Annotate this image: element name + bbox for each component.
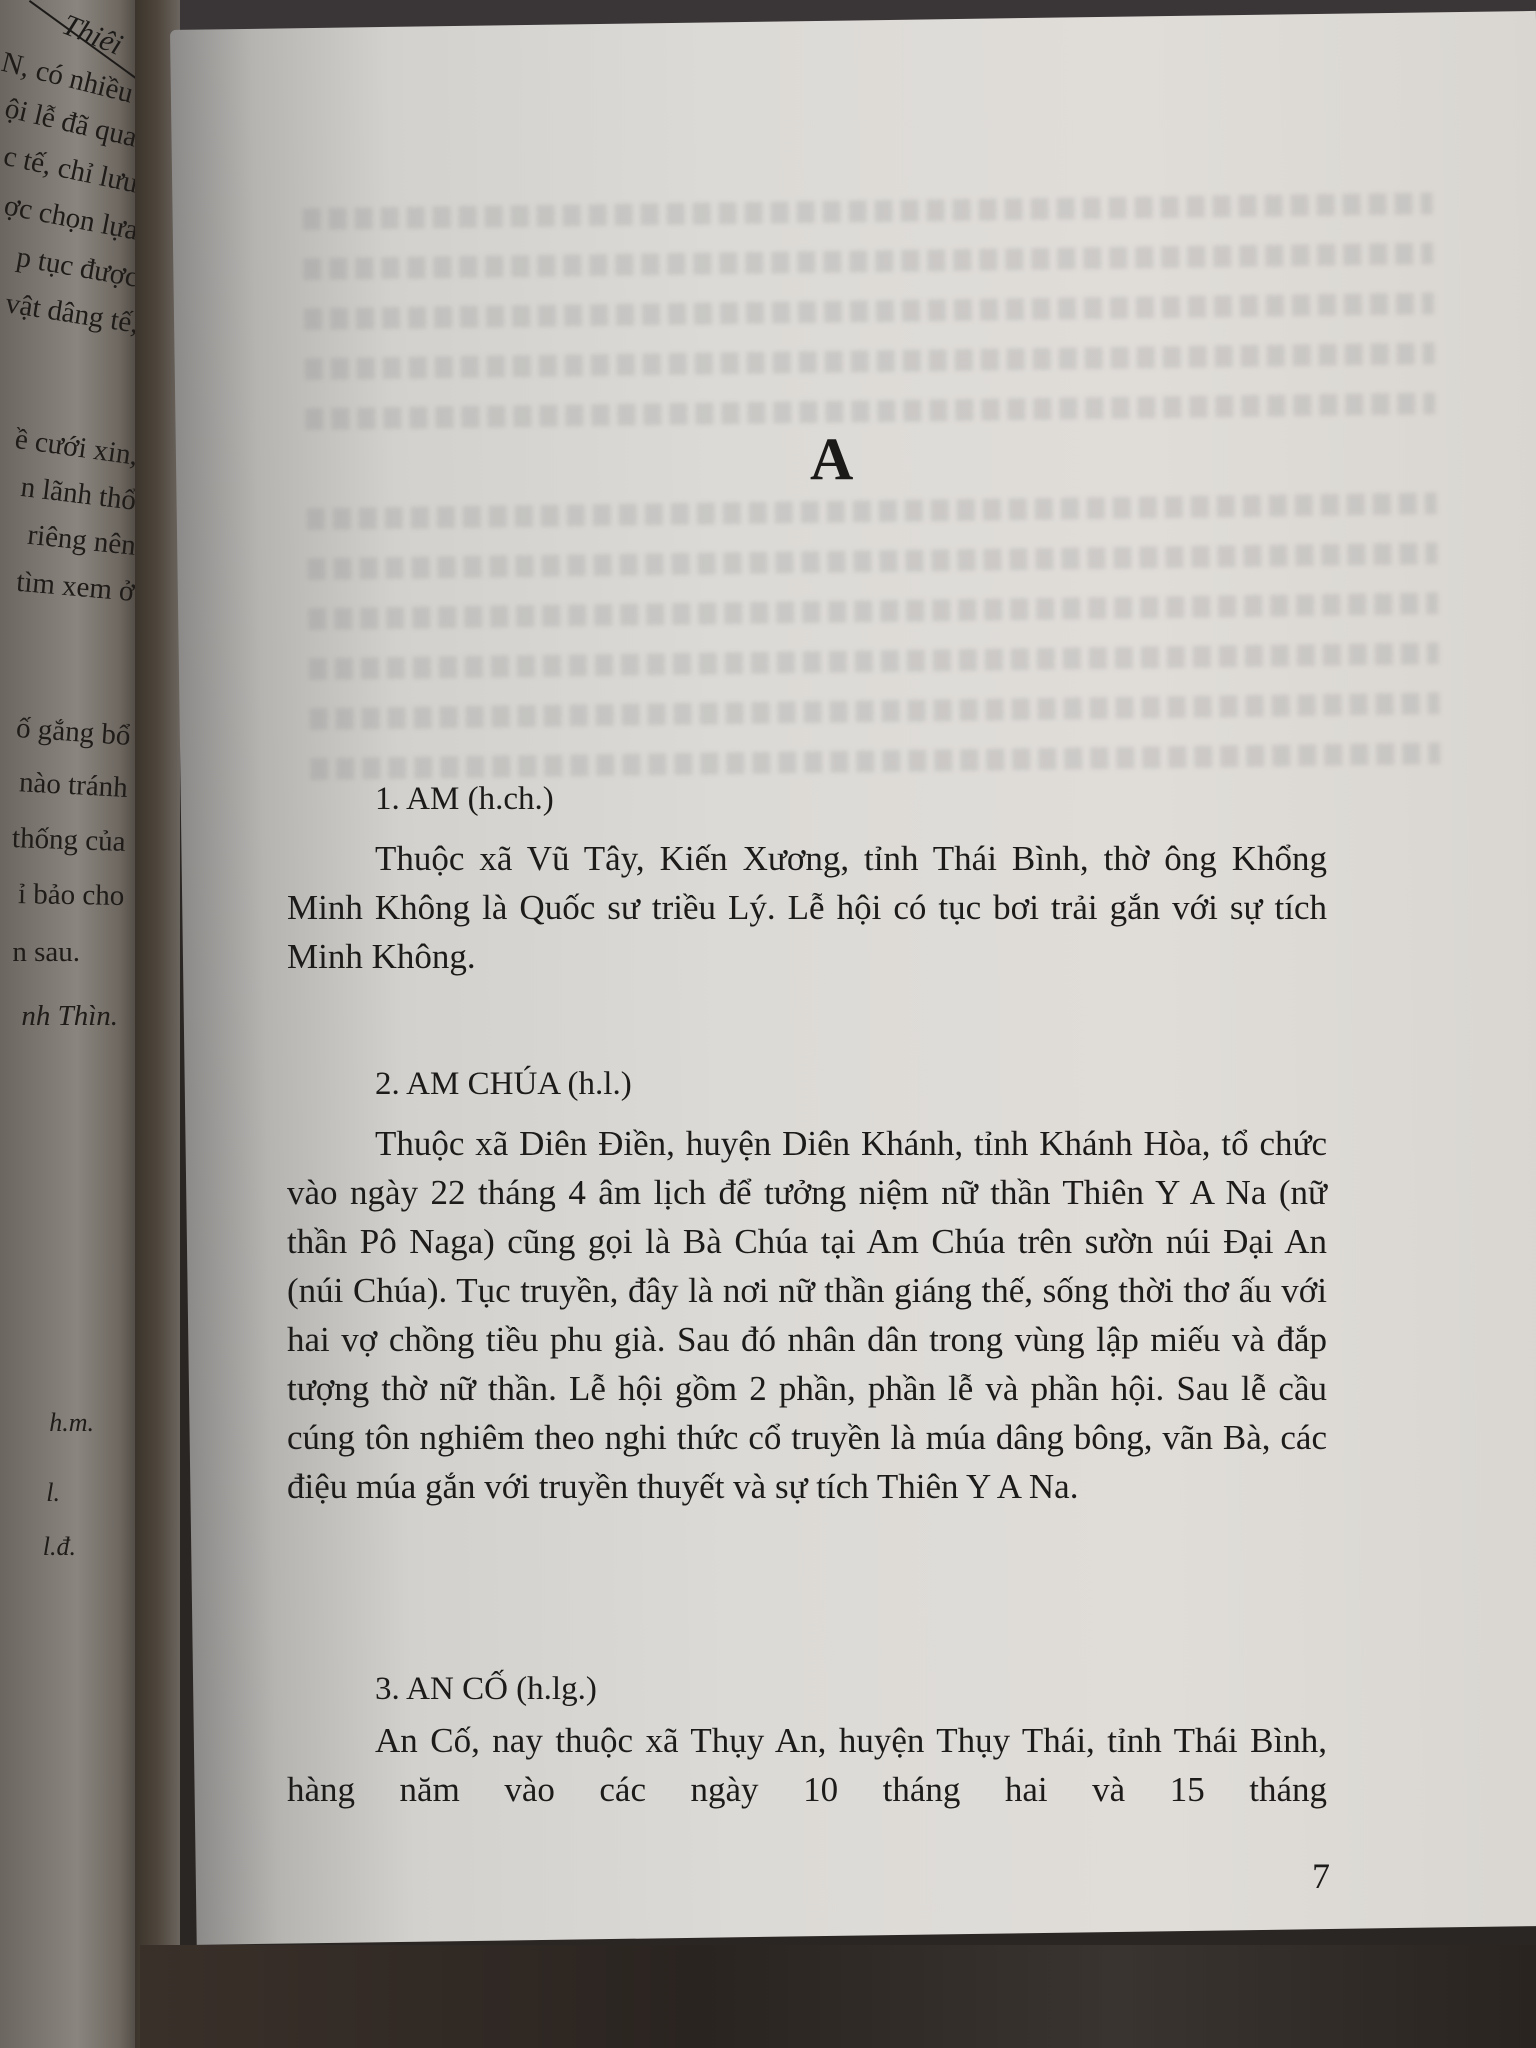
bleed-through-text <box>309 642 1439 680</box>
left-text-line: p tục được <box>14 241 140 295</box>
left-text-line: n sau. <box>12 936 80 969</box>
bleed-through-text <box>305 342 1435 380</box>
left-text-line: ỉ bảo cho <box>17 878 124 913</box>
bleed-through-text <box>307 492 1437 530</box>
page-number: 7 <box>1312 1855 1330 1897</box>
bleed-through-text <box>304 292 1434 330</box>
entry-1: 1. AM (h.ch.) Thuộc xã Vũ Tây, Kiến Xươn… <box>287 775 1327 981</box>
left-text-line: tìm xem ở <box>15 566 136 609</box>
bleed-through-text <box>305 392 1435 430</box>
left-text-line: vật dâng tế, <box>3 287 140 341</box>
left-abbreviation: l.đ. <box>43 1532 76 1562</box>
bleed-through-text <box>303 192 1433 230</box>
entry-body: An Cố, nay thuộc xã Thụy An, huyện Thụy … <box>287 1716 1327 1814</box>
left-text-line: n lãnh thổ <box>19 471 138 518</box>
left-running-head: Thiêi <box>57 8 127 63</box>
entry-3: 3. AN CỐ (h.lg.) An Cố, nay thuộc xã Thụ… <box>287 1665 1327 1814</box>
left-abbreviation: h.m. <box>49 1408 94 1438</box>
entry-body: Thuộc xã Diên Điền, huyện Diên Khánh, tỉ… <box>287 1119 1327 1511</box>
entry-2: 2. AM CHÚA (h.l.) Thuộc xã Diên Điền, hu… <box>287 1060 1327 1511</box>
entry-heading: 1. AM (h.ch.) <box>375 775 1327 824</box>
left-text-line: nào tránh <box>19 766 129 805</box>
left-abbreviation: l. <box>46 1478 60 1508</box>
left-text-line: ợc chọn lựa <box>2 189 140 247</box>
bleed-through-text <box>308 592 1438 630</box>
left-signature: nh Thìn. <box>21 1000 118 1033</box>
entry-heading: 3. AN CỐ (h.lg.) <box>375 1665 1327 1714</box>
bleed-through-text <box>307 542 1437 580</box>
left-text-line: ề cưới xin, <box>13 423 140 473</box>
bleed-through-text <box>309 692 1439 730</box>
background-bottom <box>140 1945 1536 2048</box>
bleed-through-text <box>303 242 1433 280</box>
entry-heading: 2. AM CHÚA (h.l.) <box>375 1060 1327 1109</box>
entry-body: Thuộc xã Vũ Tây, Kiến Xương, tỉnh Thái B… <box>287 834 1327 981</box>
left-page: Thiêi N, có nhiều ội lễ đã qua c tế, chỉ… <box>0 0 140 2048</box>
left-text-line: thống của <box>12 822 127 859</box>
left-text-line: riêng nên <box>26 519 138 563</box>
section-letter: A <box>810 425 853 494</box>
left-text-line: ố gắng bổ <box>15 712 131 753</box>
